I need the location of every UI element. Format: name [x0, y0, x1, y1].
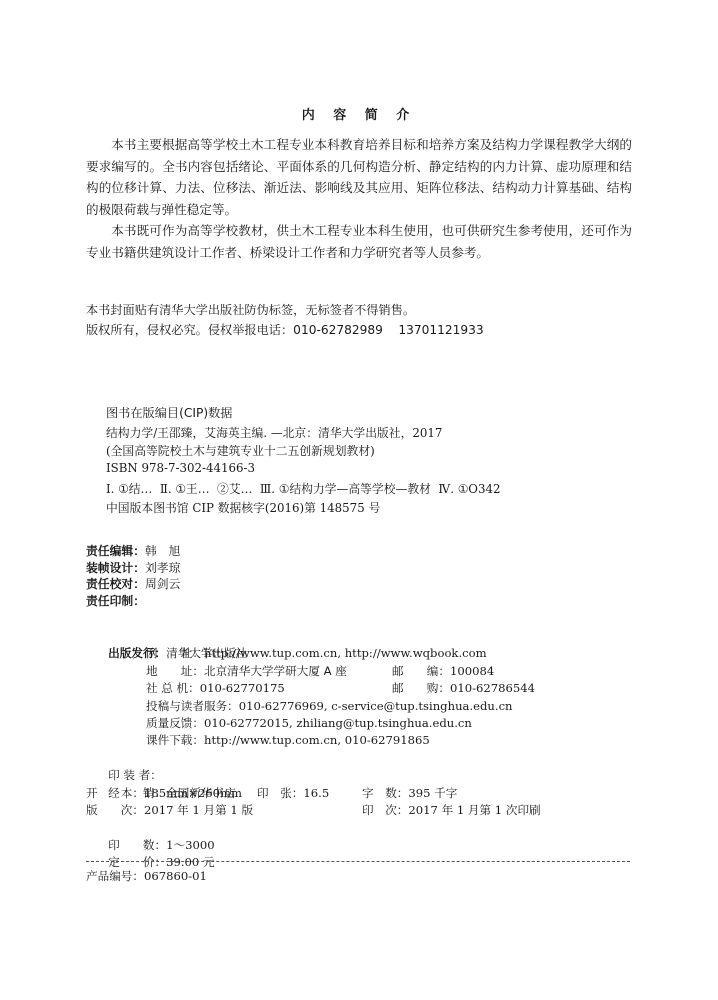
website-row: 网 址：http://www.tup.com.cn, http://www.wq… — [86, 645, 646, 662]
abstract-title: 内 容 简 介 — [0, 104, 718, 123]
staff-row-proofreader: 责任校对：周剑云 — [86, 576, 180, 593]
cip-data-section: 图书在版编目(CIP)数据 结构力学/王邵臻，艾海英主编. —北京：清华大学出版… — [106, 404, 646, 517]
staff-credits: 责任编辑：韩 旭 装帧设计：刘孝琼 责任校对：周剑云 责任印制： — [86, 543, 180, 609]
quality-value: 010-62772015, zhiliang@tup.tsinghua.edu.… — [204, 716, 472, 730]
courseware-value: http://www.tup.com.cn, 010-62791865 — [204, 733, 430, 747]
abstract-paragraph-2: 本书既可作为高等学校教材，供土木工程专业本科生使用，也可供研究生参考使用，还可作… — [86, 220, 632, 263]
staff-label: 责任编辑： — [86, 544, 145, 558]
product-number-value: 067860-01 — [144, 869, 207, 883]
staff-label: 装帧设计： — [86, 561, 145, 575]
copies-row: 印 数：1～3000 — [86, 819, 646, 836]
quality-label: 质量反馈： — [146, 716, 204, 730]
cip-line-isbn: ISBN 978-7-302-44166-3 — [106, 460, 646, 479]
product-number-row: 产品编号：067860-01 — [86, 868, 207, 885]
staff-value: 刘孝琼 — [145, 561, 180, 575]
staff-row-designer: 装帧设计：刘孝琼 — [86, 560, 180, 577]
edition-value: 2017 年 1 月第 1 版 — [144, 803, 253, 817]
copyright-notice: 本书封面贴有清华大学出版社防伪标签，无标签者不得销售。 版权所有，侵权必究。侵权… — [86, 300, 646, 340]
sheets-value: 16.5 — [303, 786, 329, 800]
price-label: 定 价： — [108, 855, 166, 869]
address-row: 地 址：北京清华大学学研大厦 A 座 邮 编：100084 — [86, 663, 646, 680]
impression-label: 印 次： — [362, 803, 408, 817]
publisher-row: 出版发行：清华大学出版社 — [86, 628, 646, 645]
price-value: 39.00 元 — [166, 855, 214, 869]
postcode-value: 100084 — [450, 664, 494, 678]
impression-value: 2017 年 1 月第 1 次印刷 — [408, 803, 540, 817]
staff-value: 韩 旭 — [145, 544, 180, 558]
switchboard-value: 010-62770175 — [200, 681, 285, 695]
switchboard-row: 社 总 机：010-62770175 邮 购：010-62786544 — [86, 680, 646, 697]
staff-row-editor: 责任编辑：韩 旭 — [86, 543, 180, 560]
sheets-label: 印 张： — [257, 786, 303, 800]
format-row: 开 本：185mm×260mm 印 张：16.5 字 数：395 千字 — [86, 785, 646, 802]
staff-value: 周剑云 — [145, 577, 180, 591]
staff-label: 责任校对： — [86, 577, 145, 591]
price-row: 定 价：39.00 元 — [86, 837, 646, 854]
edition-label: 版 次： — [86, 803, 144, 817]
staff-row-print-manager: 责任印制： — [86, 593, 180, 610]
piracy-report-notice: 版权所有，侵权必究。侵权举报电话：010-62782989 1370112193… — [86, 320, 646, 340]
words-label: 字 数： — [362, 786, 408, 800]
dashed-divider — [86, 861, 630, 862]
submission-value: 010-62776969, c-service@tup.tsinghua.edu… — [239, 699, 513, 713]
copyright-page: 内 容 简 介 本书主要根据高等学校土木工程专业本科教育培养目标和培养方案及结构… — [0, 0, 718, 1000]
mail-order-label: 邮 购： — [392, 681, 450, 695]
abstract-paragraph-1: 本书主要根据高等学校土木工程专业本科教育培养目标和培养方案及结构力学课程教学大纲… — [86, 134, 632, 220]
cip-line-title: 结构力学/王邵臻，艾海英主编. —北京：清华大学出版社，2017 — [106, 425, 646, 443]
publisher-info: 出版发行：清华大学出版社 网 址：http://www.tup.com.cn, … — [86, 628, 646, 854]
submission-row: 投稿与读者服务：010-62776969, c-service@tup.tsin… — [86, 698, 646, 715]
edition-row: 版 次：2017 年 1 月第 1 版 印 次：2017 年 1 月第 1 次印… — [86, 802, 646, 819]
submission-label: 投稿与读者服务： — [146, 699, 239, 713]
cip-line-series: (全国高等院校土木与建筑专业十二五创新规划教材) — [106, 443, 646, 461]
printer-row: 印 装 者： — [86, 750, 646, 767]
format-label: 开 本： — [86, 786, 144, 800]
courseware-label: 课件下载： — [146, 733, 204, 747]
switchboard-label: 社 总 机： — [146, 681, 200, 695]
format-value: 185mm×260mm — [144, 786, 242, 800]
words-value: 395 千字 — [408, 786, 457, 800]
address-label: 地 址： — [146, 664, 204, 678]
staff-label: 责任印制： — [86, 594, 145, 608]
quality-feedback-row: 质量反馈：010-62772015, zhiliang@tup.tsinghua… — [86, 715, 646, 732]
cip-heading: 图书在版编目(CIP)数据 — [106, 404, 646, 425]
cip-line-classification: Ⅰ. ①结… Ⅱ. ①王… ②艾… Ⅲ. ①结构力学—高等学校—教材 Ⅳ. ①O… — [106, 479, 646, 500]
courseware-row: 课件下载：http://www.tup.com.cn, 010-62791865 — [86, 732, 646, 749]
anti-counterfeit-notice: 本书封面贴有清华大学出版社防伪标签，无标签者不得销售。 — [86, 300, 646, 320]
distributor-row: 经 销：全国新华书店 — [86, 767, 646, 784]
mail-order-value: 010-62786544 — [450, 681, 535, 695]
website-value: http://www.tup.com.cn, http://www.wqbook… — [204, 646, 487, 660]
website-label: 网 址： — [146, 646, 204, 660]
postcode-label: 邮 编： — [392, 664, 450, 678]
abstract-section: 本书主要根据高等学校土木工程专业本科教育培养目标和培养方案及结构力学课程教学大纲… — [86, 134, 632, 264]
product-number-label: 产品编号： — [86, 869, 144, 883]
address-value: 北京清华大学学研大厦 A 座 — [204, 664, 347, 678]
cip-line-record-number: 中国版本图书馆 CIP 数据核字(2016)第 148575 号 — [106, 500, 646, 518]
